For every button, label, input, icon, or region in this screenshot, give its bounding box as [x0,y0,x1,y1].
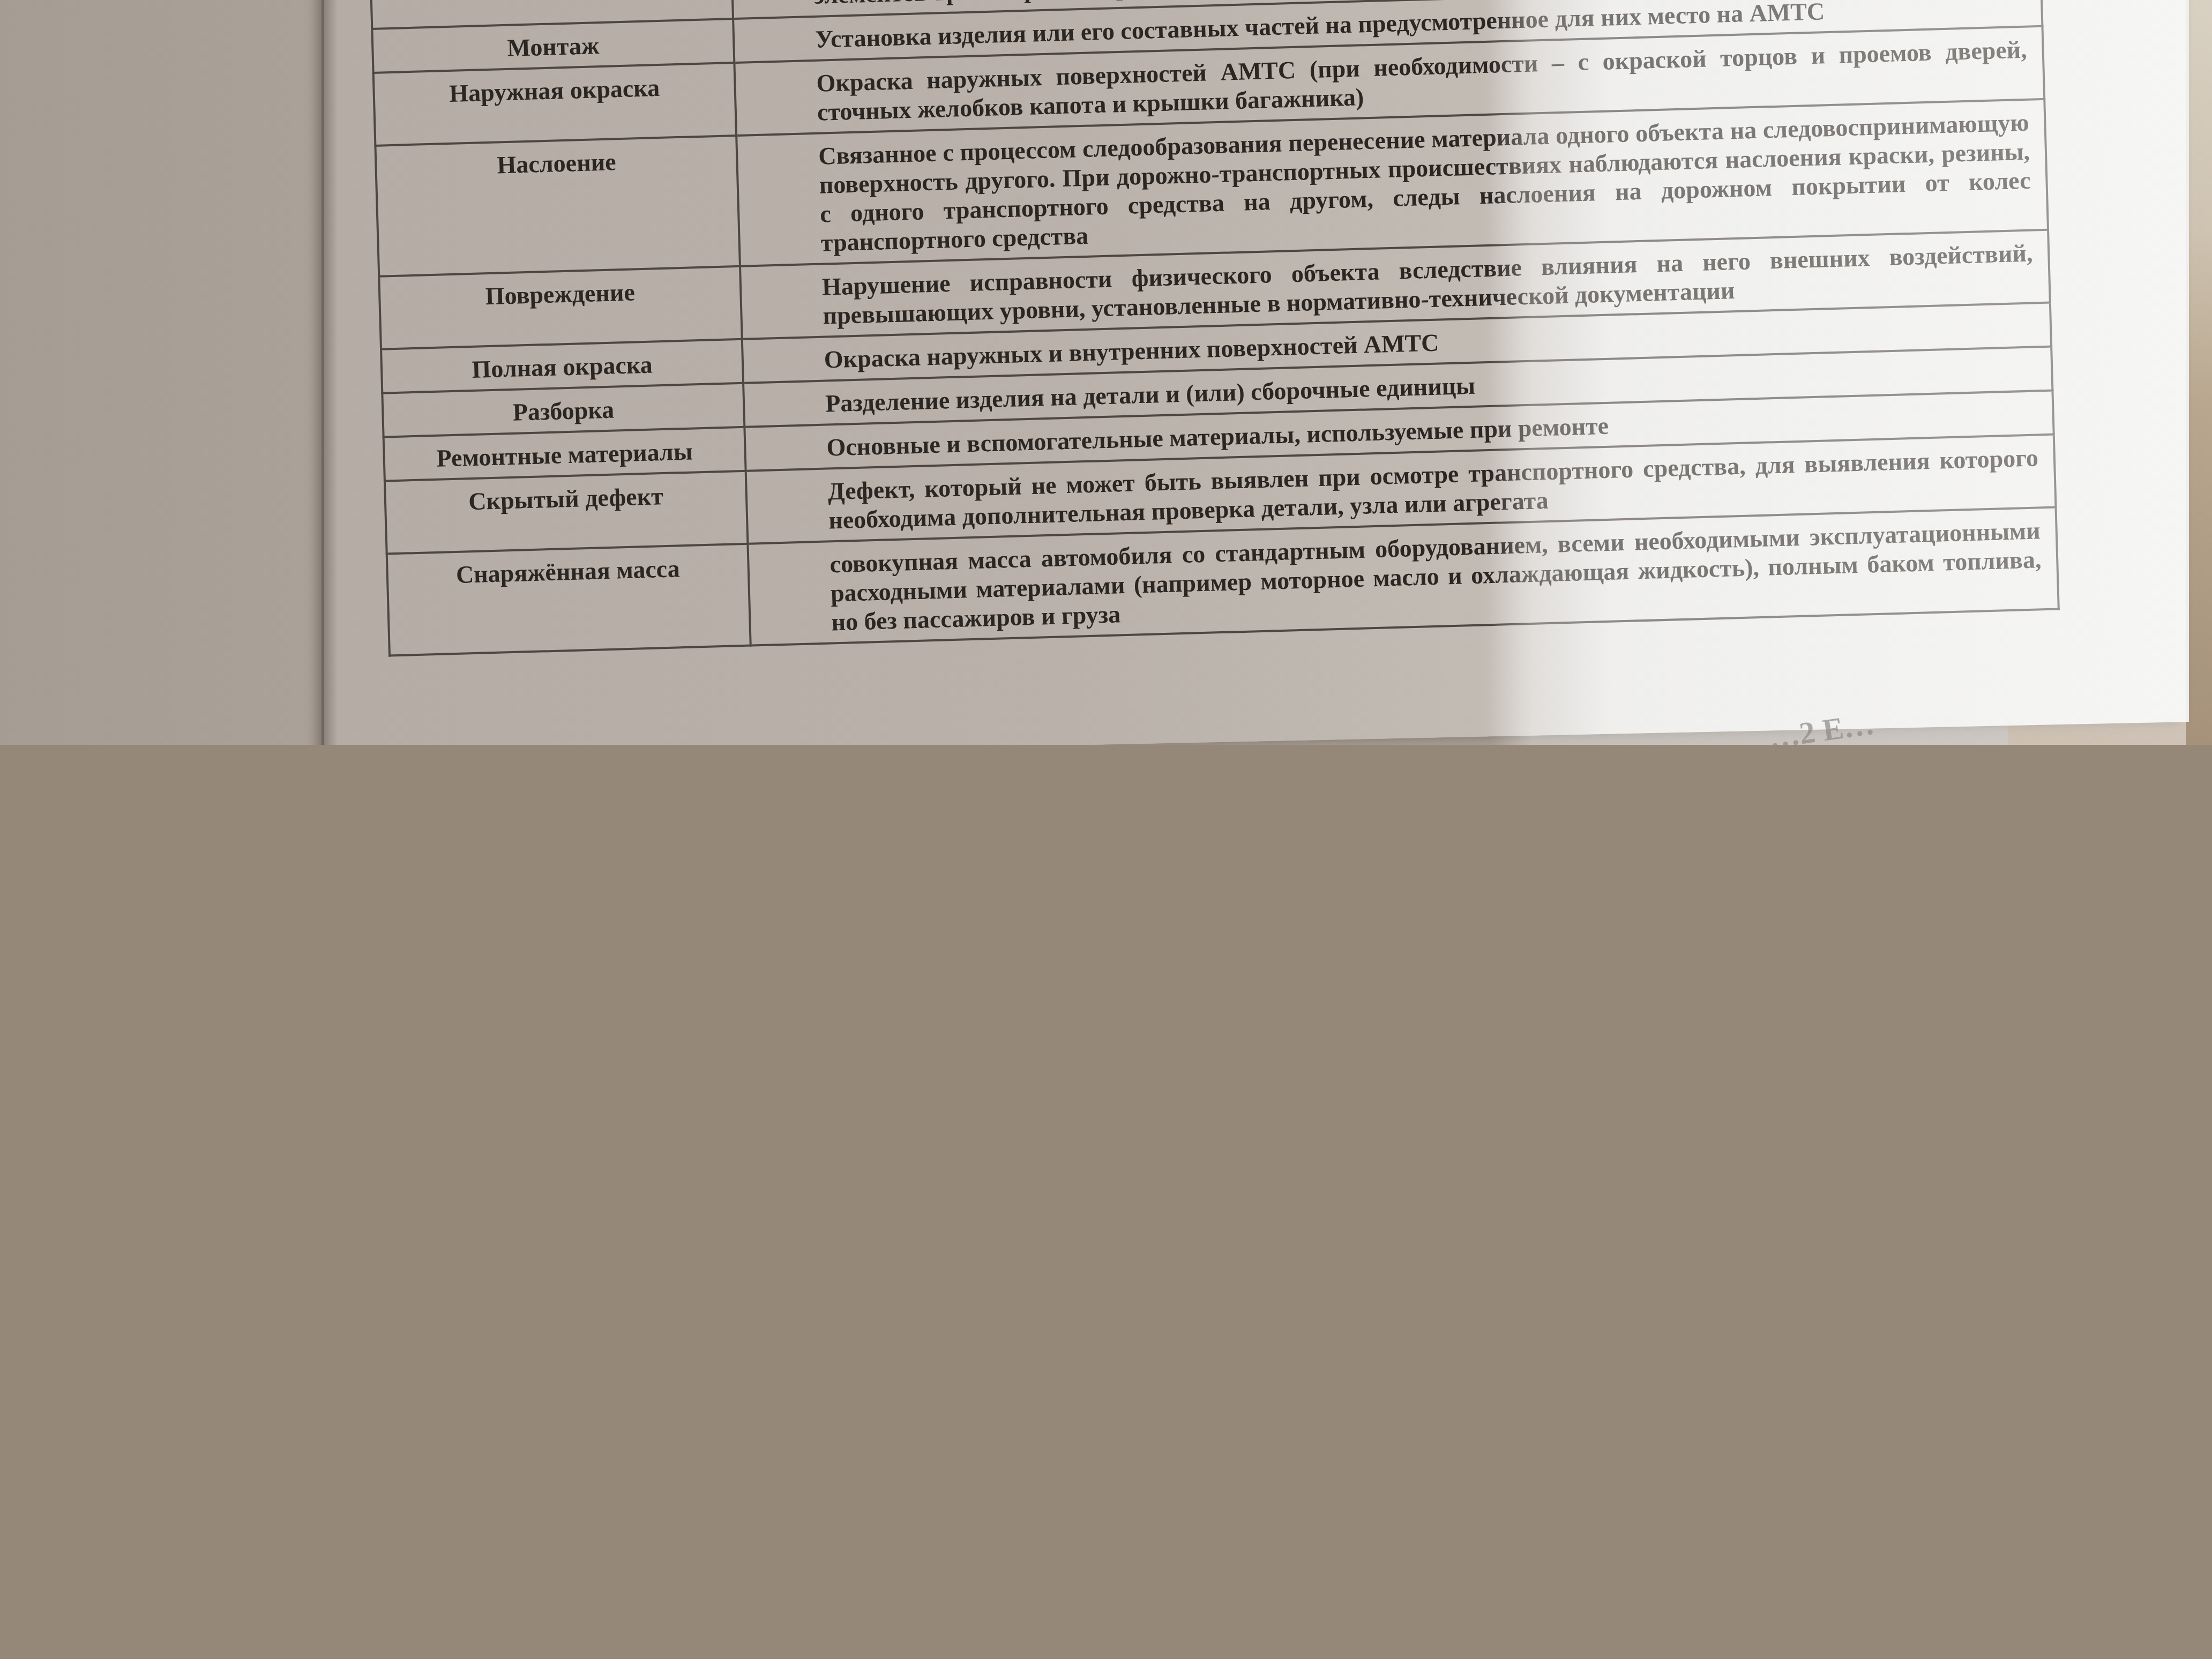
term-cell: Снаряжённая масса [387,544,751,656]
term-cell: Скрытый дефект [385,471,748,554]
term-cell: Повреждение [379,266,742,349]
term-cell: Наружная окраска [373,63,737,146]
blank-fill-area [0,745,2212,1659]
glossary-table-container: элементов транспортного средства МонтажУ… [370,0,2060,657]
page-edge-shadow [322,0,338,745]
glossary-table: элементов транспортного средства МонтажУ… [370,0,2060,657]
document-photo: элементов транспортного средства МонтажУ… [0,0,2212,745]
term-cell: Наслоение [375,136,740,276]
